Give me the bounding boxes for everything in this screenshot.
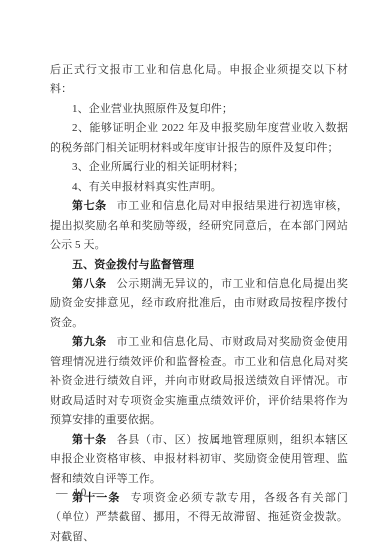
paragraph-text: 市工业和信息化局、市财政局对奖励资金使用管理情况进行绩效评价和监督检查。市工业和… (50, 336, 348, 426)
paragraph: 第八条公示期满无异议的，市工业和信息化局提出奖励资金安排意见，经市政府批准后，由… (50, 275, 348, 333)
document-page: 后正式行文报市工业和信息化局。申报企业须提交以下材料： 1、企业营业执照原件及复… (0, 0, 390, 551)
paragraph-text: 1、企业营业执照原件及复印件； (72, 103, 233, 115)
paragraph: 2、能够证明企业 2022 年及申报奖励年度营业收入数据的税务部门相关证明材料或… (50, 119, 348, 158)
paragraph: 第九条市工业和信息化局、市财政局对奖励资金使用管理情况进行绩效评价和监督检查。市… (50, 333, 348, 430)
paragraph: 3、企业所属行业的相关证明材料； (50, 158, 348, 177)
article-number-label: 第七条 (72, 200, 107, 212)
paragraph: 五、资金拨付与监督管理 (50, 256, 348, 275)
document-body: 后正式行文报市工业和信息化局。申报企业须提交以下材料： 1、企业营业执照原件及复… (50, 61, 348, 547)
article-number-label: 第十条 (72, 434, 107, 446)
page-number: — 10 — (56, 487, 105, 499)
paragraph: 1、企业营业执照原件及复印件； (50, 100, 348, 119)
article-number-label: 第八条 (72, 278, 107, 290)
paragraph: 后正式行文报市工业和信息化局。申报企业须提交以下材料： (50, 61, 348, 100)
paragraph: 第十条各县（市、区）按属地管理原则，组织本辖区申报企业资格审核、申报材料初审、奖… (50, 431, 348, 489)
paragraph-text: 4、有关申报材料真实性声明。 (72, 181, 222, 193)
paragraph: 第七条市工业和信息化局对申报结果进行初选审核，提出拟奖励名单和奖励等级，经研究同… (50, 197, 348, 255)
paragraph-text: 后正式行文报市工业和信息化局。申报企业须提交以下材料： (50, 64, 348, 95)
article-number-label: 第九条 (72, 336, 107, 348)
paragraph-text: 3、企业所属行业的相关证明材料； (72, 161, 244, 173)
paragraph-text: 2、能够证明企业 2022 年及申报奖励年度营业收入数据的税务部门相关证明材料或… (50, 122, 348, 153)
paragraph: 4、有关申报材料真实性声明。 (50, 178, 348, 197)
paragraph-text: 五、资金拨付与监督管理 (72, 259, 194, 271)
